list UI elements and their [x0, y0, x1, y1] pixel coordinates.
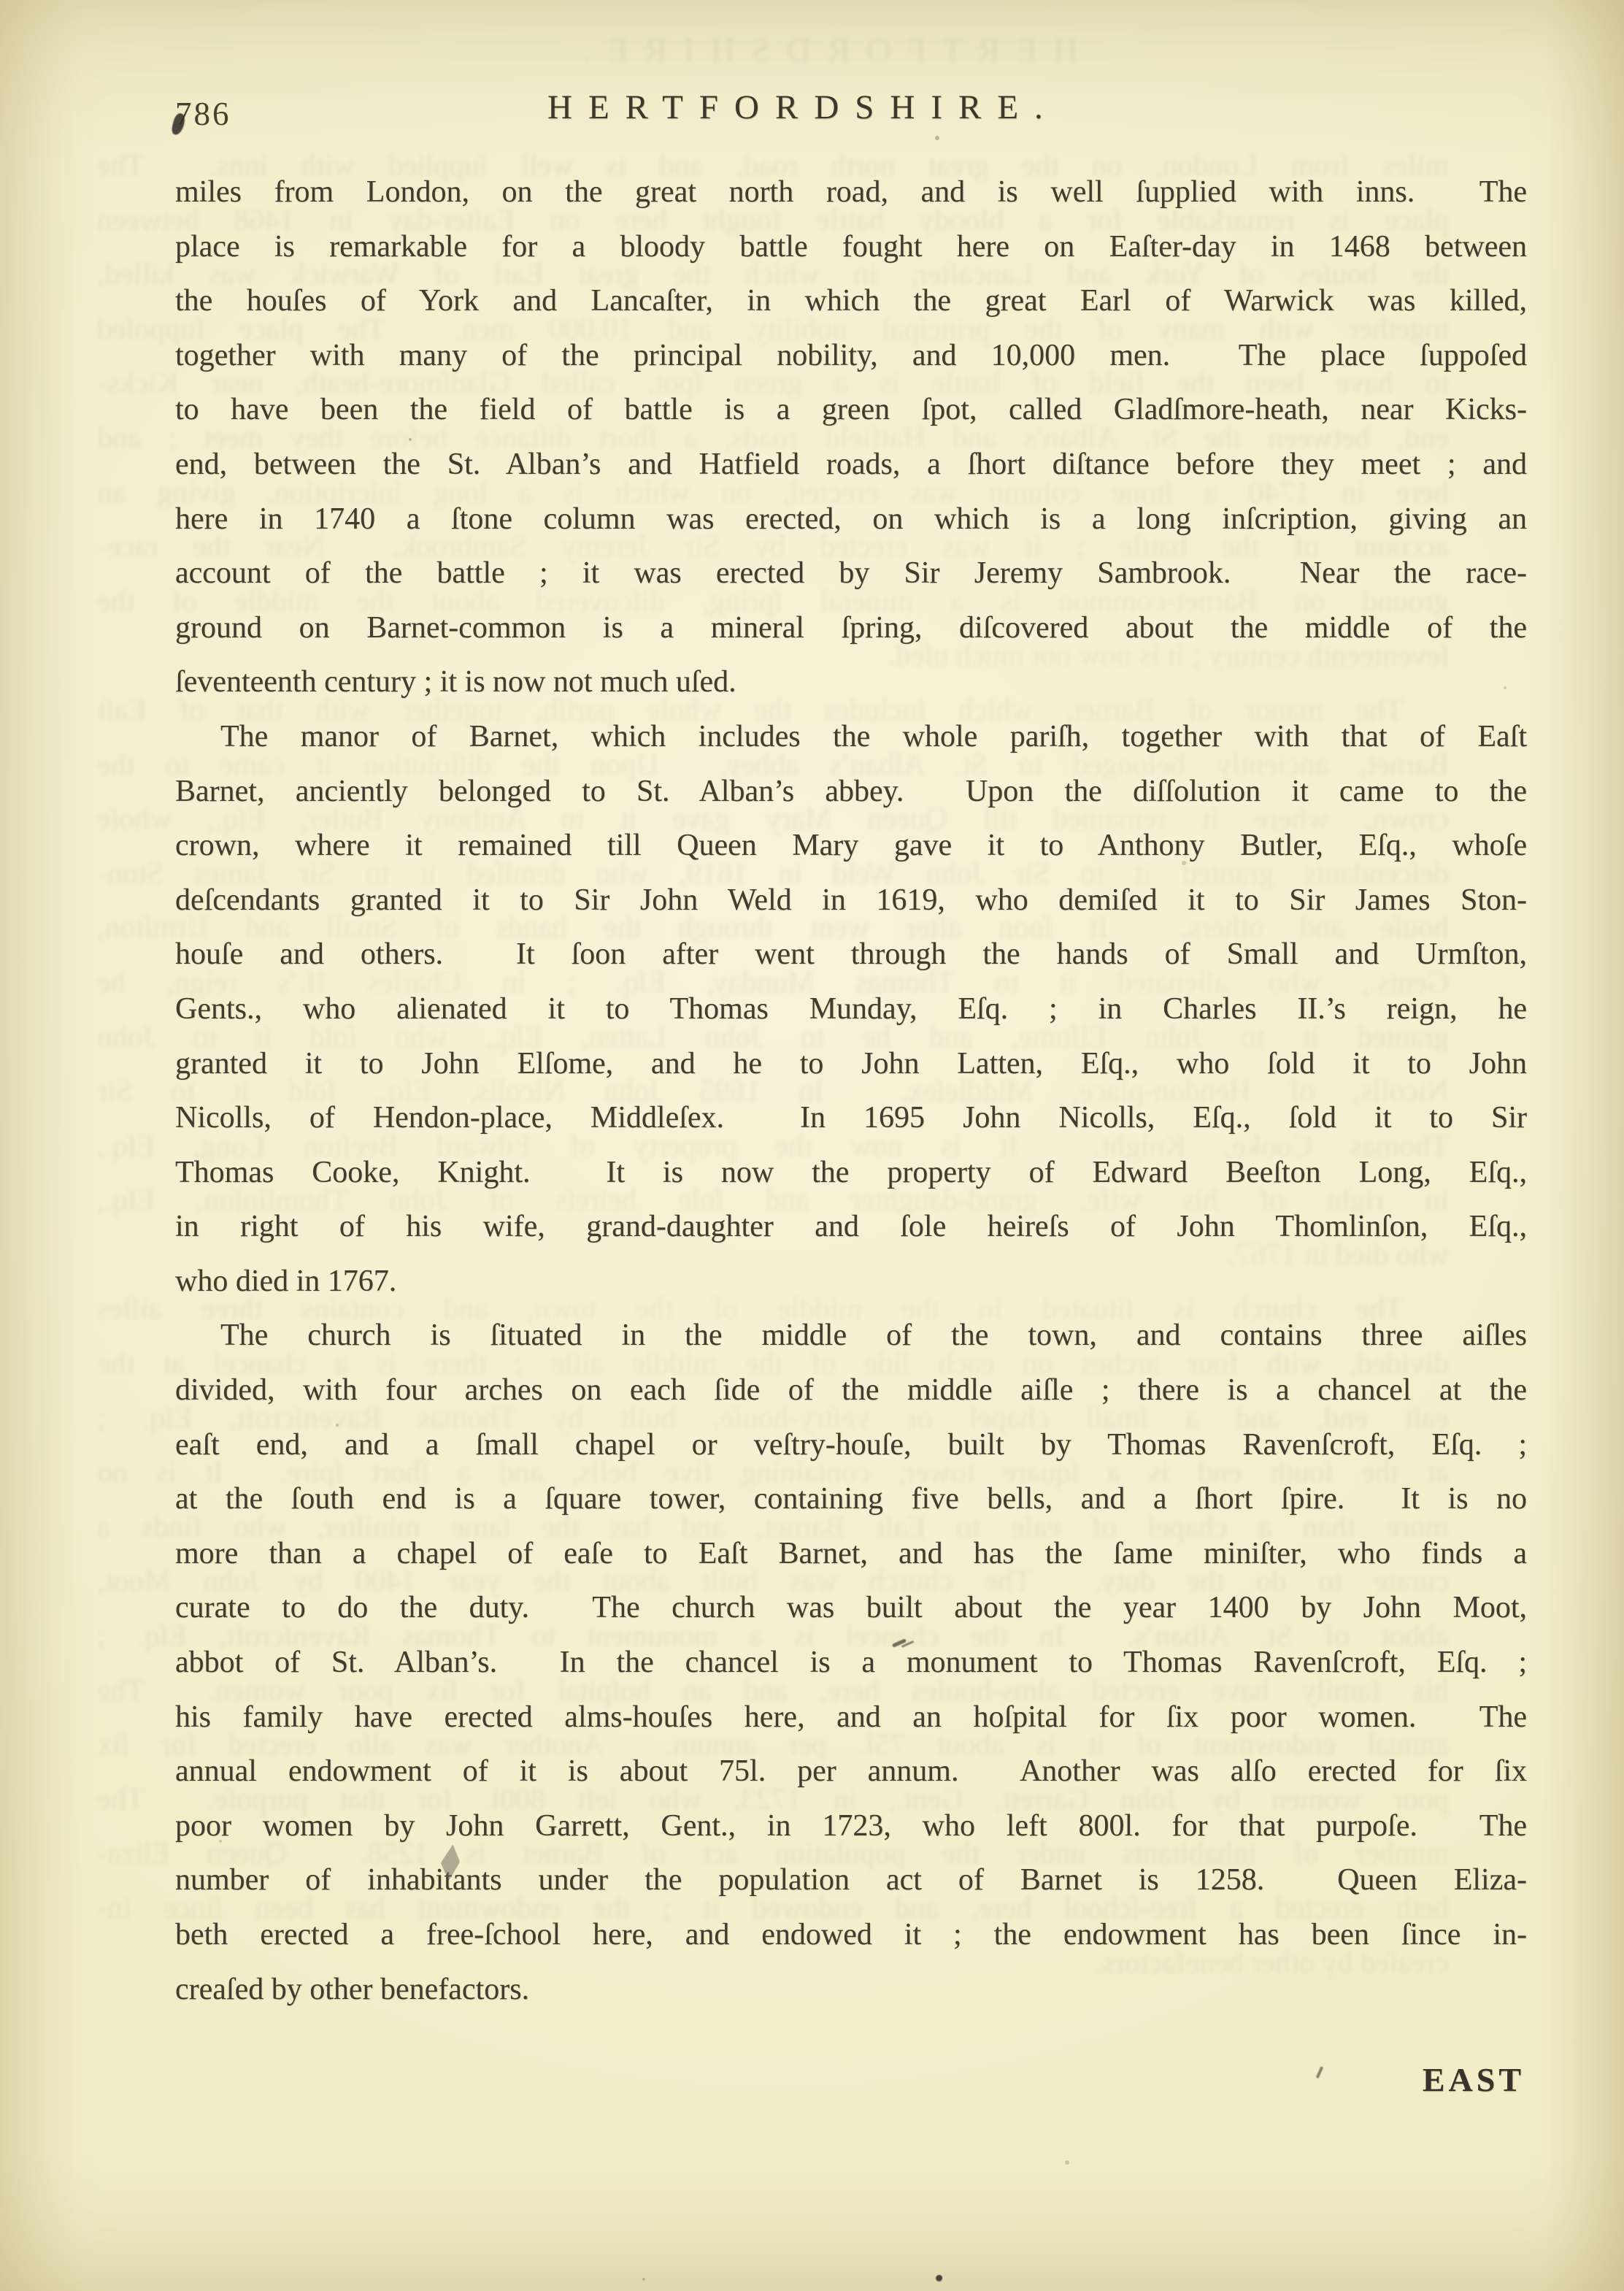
- text-line: The church is ſituated in the middle of …: [175, 1308, 1527, 1363]
- text-line: together with many of the principal nobi…: [175, 329, 1527, 383]
- paper-speck: [936, 2275, 942, 2282]
- text-line: ſeventeenth century ; it is now not much…: [175, 655, 1527, 710]
- catchword: EAST: [1423, 2060, 1525, 2099]
- paragraph: The church is ſituated in the middle of …: [175, 1308, 1527, 2016]
- text-line: more than a chapel of eaſe to Eaſt Barne…: [175, 1527, 1527, 1581]
- text-line: beth erected a free-ſchool here, and end…: [175, 1908, 1527, 1962]
- text-line: ground on Barnet-common is a mineral ſpr…: [175, 601, 1527, 656]
- text-line: poor women by John Garrett, Gent., in 17…: [175, 1799, 1527, 1854]
- text-line: place is remarkable for a bloody battle …: [175, 220, 1527, 275]
- running-header: HERTFORDSHIRE.: [547, 88, 1059, 127]
- text-line: the houſes of York and Lancaſter, in whi…: [175, 274, 1527, 329]
- page-number: 786: [175, 95, 231, 133]
- text-line: Barnet, anciently belonged to St. Alban’…: [175, 764, 1527, 819]
- text-line: annual endowment of it is about 75l. per…: [175, 1744, 1527, 1799]
- text-line: abbot of St. Alban’s. In the chancel is …: [175, 1635, 1527, 1690]
- text-line: at the ſouth end is a ſquare tower, cont…: [175, 1472, 1527, 1527]
- book-page: HERTFORDSHIRE. miles from London, on the…: [0, 0, 1624, 2291]
- text-line: granted it to John Elſome, and he to Joh…: [175, 1037, 1527, 1091]
- paragraph: miles from London, on the great north ro…: [175, 165, 1527, 710]
- text-line: to have been the field of battle is a gr…: [175, 383, 1527, 437]
- show-through-header: HERTFORDSHIRE.: [566, 31, 1078, 70]
- text-line: end, between the St. Alban’s and Hatfiel…: [175, 437, 1527, 492]
- body-text: miles from London, on the great north ro…: [175, 165, 1527, 2016]
- text-line: Gents., who alienated it to Thomas Munda…: [175, 982, 1527, 1037]
- text-line: his family have erected alms-houſes here…: [175, 1690, 1527, 1745]
- text-line: who died in 1767.: [175, 1254, 1527, 1309]
- text-line: deſcendants granted it to Sir John Weld …: [175, 873, 1527, 928]
- paragraph: The manor of Barnet, which includes the …: [175, 710, 1527, 1309]
- text-line: crown, where it remained till Queen Mary…: [175, 818, 1527, 873]
- text-line: here in 1740 a ſtone column was erected,…: [175, 492, 1527, 547]
- text-line: Nicolls, of Hendon-place, Middleſex. In …: [175, 1091, 1527, 1145]
- text-line: miles from London, on the great north ro…: [175, 165, 1527, 220]
- text-line: The manor of Barnet, which includes the …: [175, 710, 1527, 764]
- text-line: in right of his wife, grand-daughter and…: [175, 1200, 1527, 1254]
- paper-specks: [409, 438, 412, 441]
- text-line: divided, with four arches on each ſide o…: [175, 1363, 1527, 1418]
- text-line: Thomas Cooke, Knight. It is now the prop…: [175, 1145, 1527, 1200]
- text-line: curate to do the duty. The church was bu…: [175, 1581, 1527, 1635]
- ink-tick: [1316, 2066, 1324, 2079]
- text-line: account of the battle ; it was erected b…: [175, 546, 1527, 601]
- text-line: creaſed by other benefactors.: [175, 1962, 1527, 2017]
- text-line: number of inhabitants under the populati…: [175, 1853, 1527, 1908]
- text-line: houſe and others. It ſoon after went thr…: [175, 927, 1527, 982]
- text-line: eaſt end, and a ſmall chapel or veſtry-h…: [175, 1418, 1527, 1473]
